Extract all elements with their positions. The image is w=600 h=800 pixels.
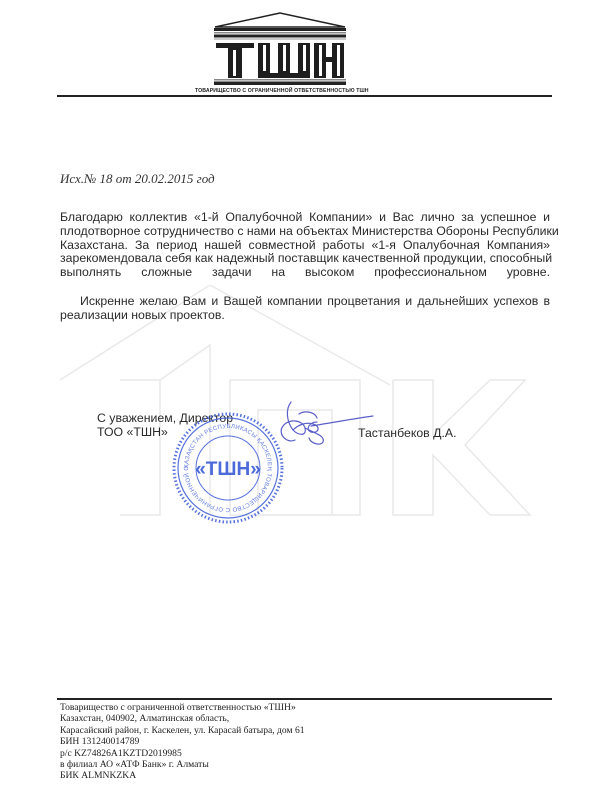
paragraph-line: плодотворное сотрудничество с нами на об…	[60, 225, 550, 239]
paragraph-line: Благодарю коллектив «1-й Опалубочной Ком…	[60, 211, 550, 225]
header-divider	[57, 95, 552, 97]
footer-address-line: Казахстан, 040902, Алматинская область,	[60, 713, 305, 724]
footer-company-name: Товарищество с ограниченной ответственно…	[60, 702, 305, 713]
footer-bik: БИК ALMNKZKA	[60, 770, 305, 781]
paragraph-wishes: Искренне желаю Вам и Вашей компании проц…	[60, 295, 550, 323]
reference-number: Исх.№ 18 от 20.02.2015 год	[60, 171, 215, 187]
paragraph-line: Искренне желаю Вам и Вашей компании проц…	[60, 295, 550, 309]
footer-address-line: Карасайский район, г. Каскелен, ул. Кара…	[60, 725, 305, 736]
logo-caption: ТОВАРИЩЕСТВО С ОГРАНИЧЕННОЙ ОТВЕТСТВЕННО…	[195, 88, 369, 94]
paragraph-line: зарекомендовала себя как надежный постав…	[60, 252, 550, 266]
footer-divider	[57, 698, 552, 700]
paragraph-line: реализации новых проектов.	[60, 309, 550, 323]
paragraph-line: Казахстана. За период нашей совместной р…	[60, 239, 550, 253]
company-logo-icon	[212, 12, 348, 86]
paragraph-thanks: Благодарю коллектив «1-й Опалубочной Ком…	[60, 211, 550, 280]
footer-bin: БИН 131240014789	[60, 736, 305, 747]
footer-account: р/с KZ74826A1KZTD2019985	[60, 748, 305, 759]
footer-requisites: Товарищество с ограниченной ответственно…	[60, 702, 305, 782]
paragraph-line: выполнять сложные задачи на высоком проф…	[60, 266, 550, 280]
footer-bank: в филиал АО «АТФ Банк» г. Алматы	[60, 759, 305, 770]
signature-icon	[265, 400, 375, 450]
letter-page: ТОВАРИЩЕСТВО С ОГРАНИЧЕННОЙ ОТВЕТСТВЕННО…	[0, 0, 600, 800]
stamp-center-text: «ТШН»	[195, 459, 261, 480]
